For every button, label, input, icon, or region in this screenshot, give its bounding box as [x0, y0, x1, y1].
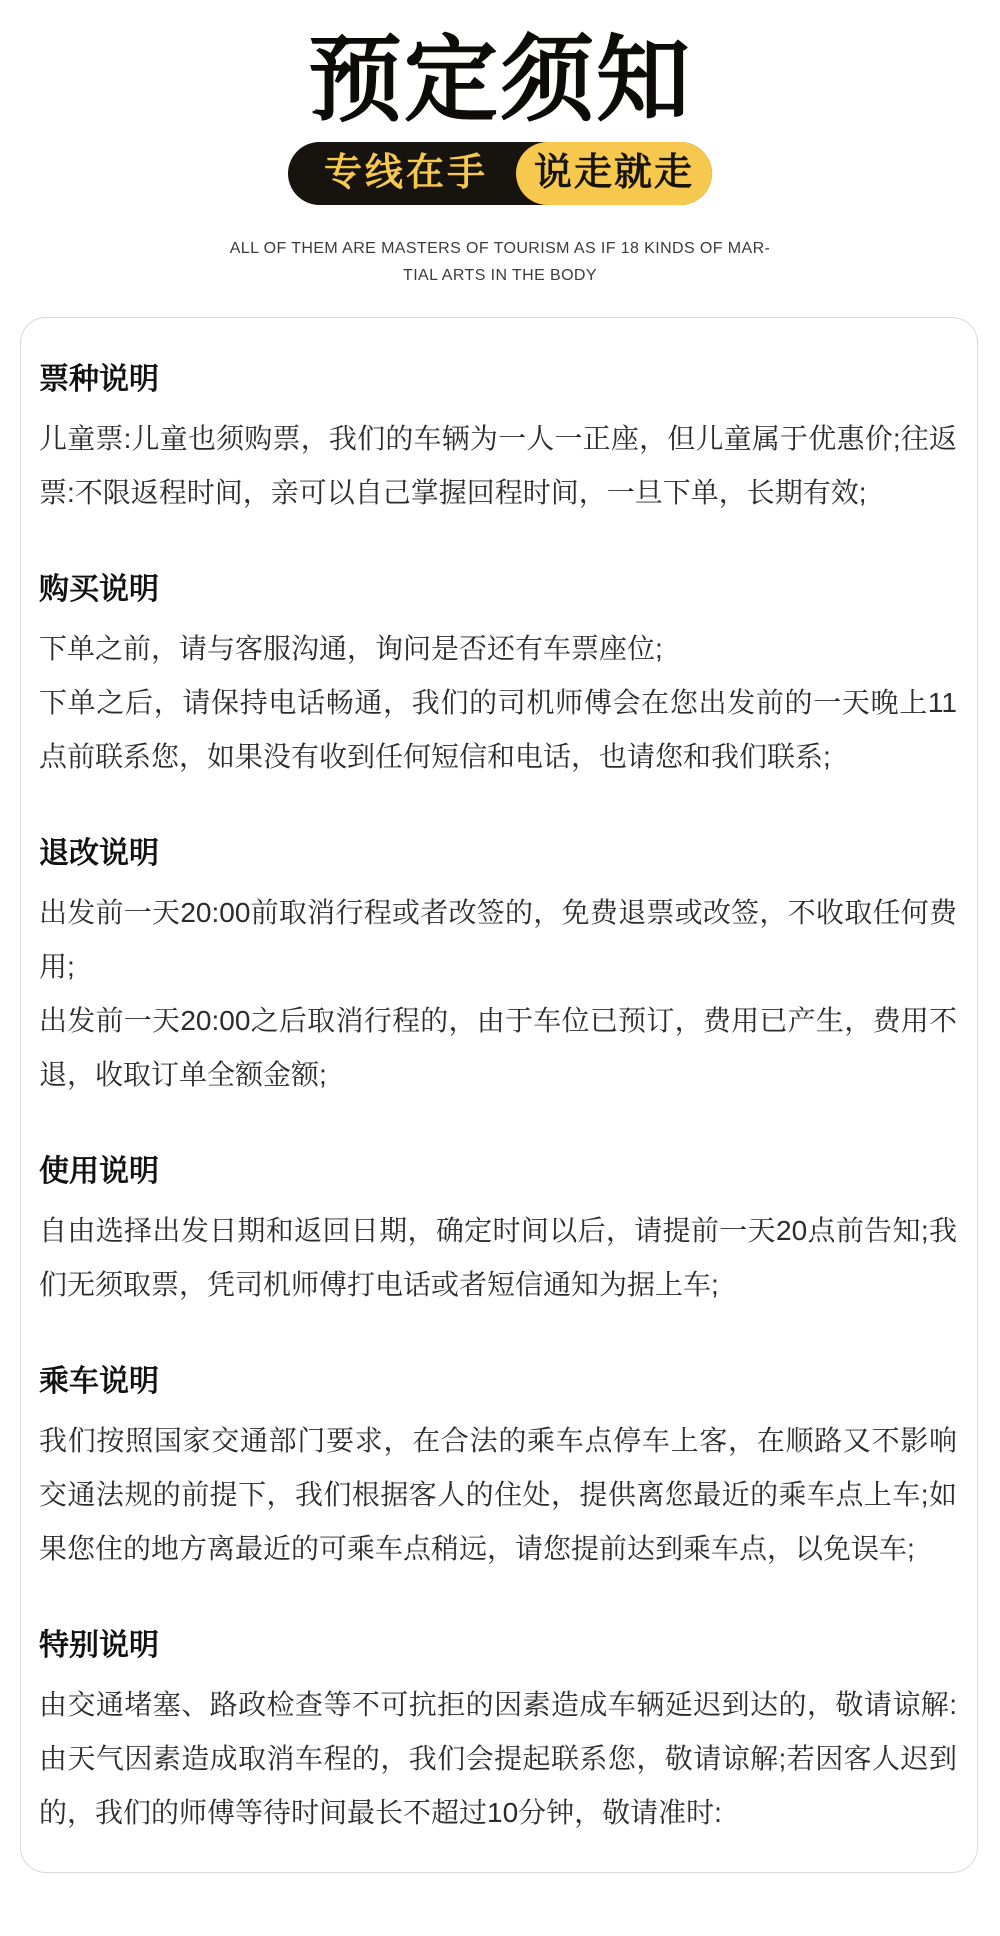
section-title: 乘车说明 [39, 1364, 957, 1400]
english-subtitle-line2: TIAL ARTS IN THE BODY [0, 262, 1000, 289]
section-body: 我们按照国家交通部门要求，在合法的乘车点停车上客，在顺路又不影响交通法规的前提下… [39, 1414, 957, 1576]
notice-section-4: 使用说明 自由选择出发日期和返回日期，确定时间以后，请提前一天20点前告知;我们… [39, 1154, 957, 1312]
page-header: 预定须知 专线在手 说走就走 ALL OF THEM ARE MASTERS O… [0, 0, 1000, 289]
notice-section-6: 特别说明 由交通堵塞、路政检查等不可抗拒的因素造成车辆延迟到达的，敬请谅解:由天… [39, 1628, 957, 1840]
notice-card: 票种说明 儿童票:儿童也须购票，我们的车辆为一人一正座，但儿童属于优惠价;往返票… [20, 317, 978, 1873]
slogan-badge-right-label: 说走就走 [516, 142, 712, 205]
notice-section-2: 购买说明 下单之前，请与客服沟通，询问是否还有车票座位;下单之后，请保持电话畅通… [39, 572, 957, 784]
section-title: 特别说明 [39, 1628, 957, 1664]
booking-notice-page: { "header": { "title": "预定须知", "badge": … [0, 0, 1000, 1936]
slogan-badge: 专线在手 说走就走 [288, 142, 712, 205]
section-body: 由交通堵塞、路政检查等不可抗拒的因素造成车辆延迟到达的，敬请谅解:由天气因素造成… [39, 1678, 957, 1840]
slogan-badge-left-label: 专线在手 [288, 142, 516, 205]
section-paragraph: 儿童票:儿童也须购票，我们的车辆为一人一正座，但儿童属于优惠价;往返票:不限返程… [39, 412, 957, 520]
section-paragraph: 下单之后，请保持电话畅通，我们的司机师傅会在您出发前的一天晚上11点前联系您，如… [39, 676, 957, 784]
section-title: 使用说明 [39, 1154, 957, 1190]
section-paragraph: 出发前一天20:00之后取消行程的，由于车位已预订，费用已产生，费用不退，收取订… [39, 994, 957, 1102]
english-subtitle-line1: ALL OF THEM ARE MASTERS OF TOURISM AS IF… [0, 235, 1000, 262]
section-body: 下单之前，请与客服沟通，询问是否还有车票座位;下单之后，请保持电话畅通，我们的司… [39, 622, 957, 784]
notice-section-3: 退改说明 出发前一天20:00前取消行程或者改签的，免费退票或改签，不收取任何费… [39, 836, 957, 1102]
section-title: 退改说明 [39, 836, 957, 872]
section-title: 购买说明 [39, 572, 957, 608]
section-body: 儿童票:儿童也须购票，我们的车辆为一人一正座，但儿童属于优惠价;往返票:不限返程… [39, 412, 957, 520]
page-title: 预定须知 [0, 28, 1000, 132]
section-title: 票种说明 [39, 362, 957, 398]
section-paragraph: 我们按照国家交通部门要求，在合法的乘车点停车上客，在顺路又不影响交通法规的前提下… [39, 1414, 957, 1576]
section-body: 自由选择出发日期和返回日期，确定时间以后，请提前一天20点前告知;我们无须取票，… [39, 1204, 957, 1312]
notice-section-1: 票种说明 儿童票:儿童也须购票，我们的车辆为一人一正座，但儿童属于优惠价;往返票… [39, 362, 957, 520]
section-body: 出发前一天20:00前取消行程或者改签的，免费退票或改签，不收取任何费用;出发前… [39, 886, 957, 1102]
english-subtitle: ALL OF THEM ARE MASTERS OF TOURISM AS IF… [0, 235, 1000, 289]
section-paragraph: 由交通堵塞、路政检查等不可抗拒的因素造成车辆延迟到达的，敬请谅解:由天气因素造成… [39, 1678, 957, 1840]
section-paragraph: 自由选择出发日期和返回日期，确定时间以后，请提前一天20点前告知;我们无须取票，… [39, 1204, 957, 1312]
section-paragraph: 出发前一天20:00前取消行程或者改签的，免费退票或改签，不收取任何费用; [39, 886, 957, 994]
notice-sections: 票种说明 儿童票:儿童也须购票，我们的车辆为一人一正座，但儿童属于优惠价;往返票… [39, 362, 957, 1840]
notice-section-5: 乘车说明 我们按照国家交通部门要求，在合法的乘车点停车上客，在顺路又不影响交通法… [39, 1364, 957, 1576]
section-paragraph: 下单之前，请与客服沟通，询问是否还有车票座位; [39, 622, 957, 676]
